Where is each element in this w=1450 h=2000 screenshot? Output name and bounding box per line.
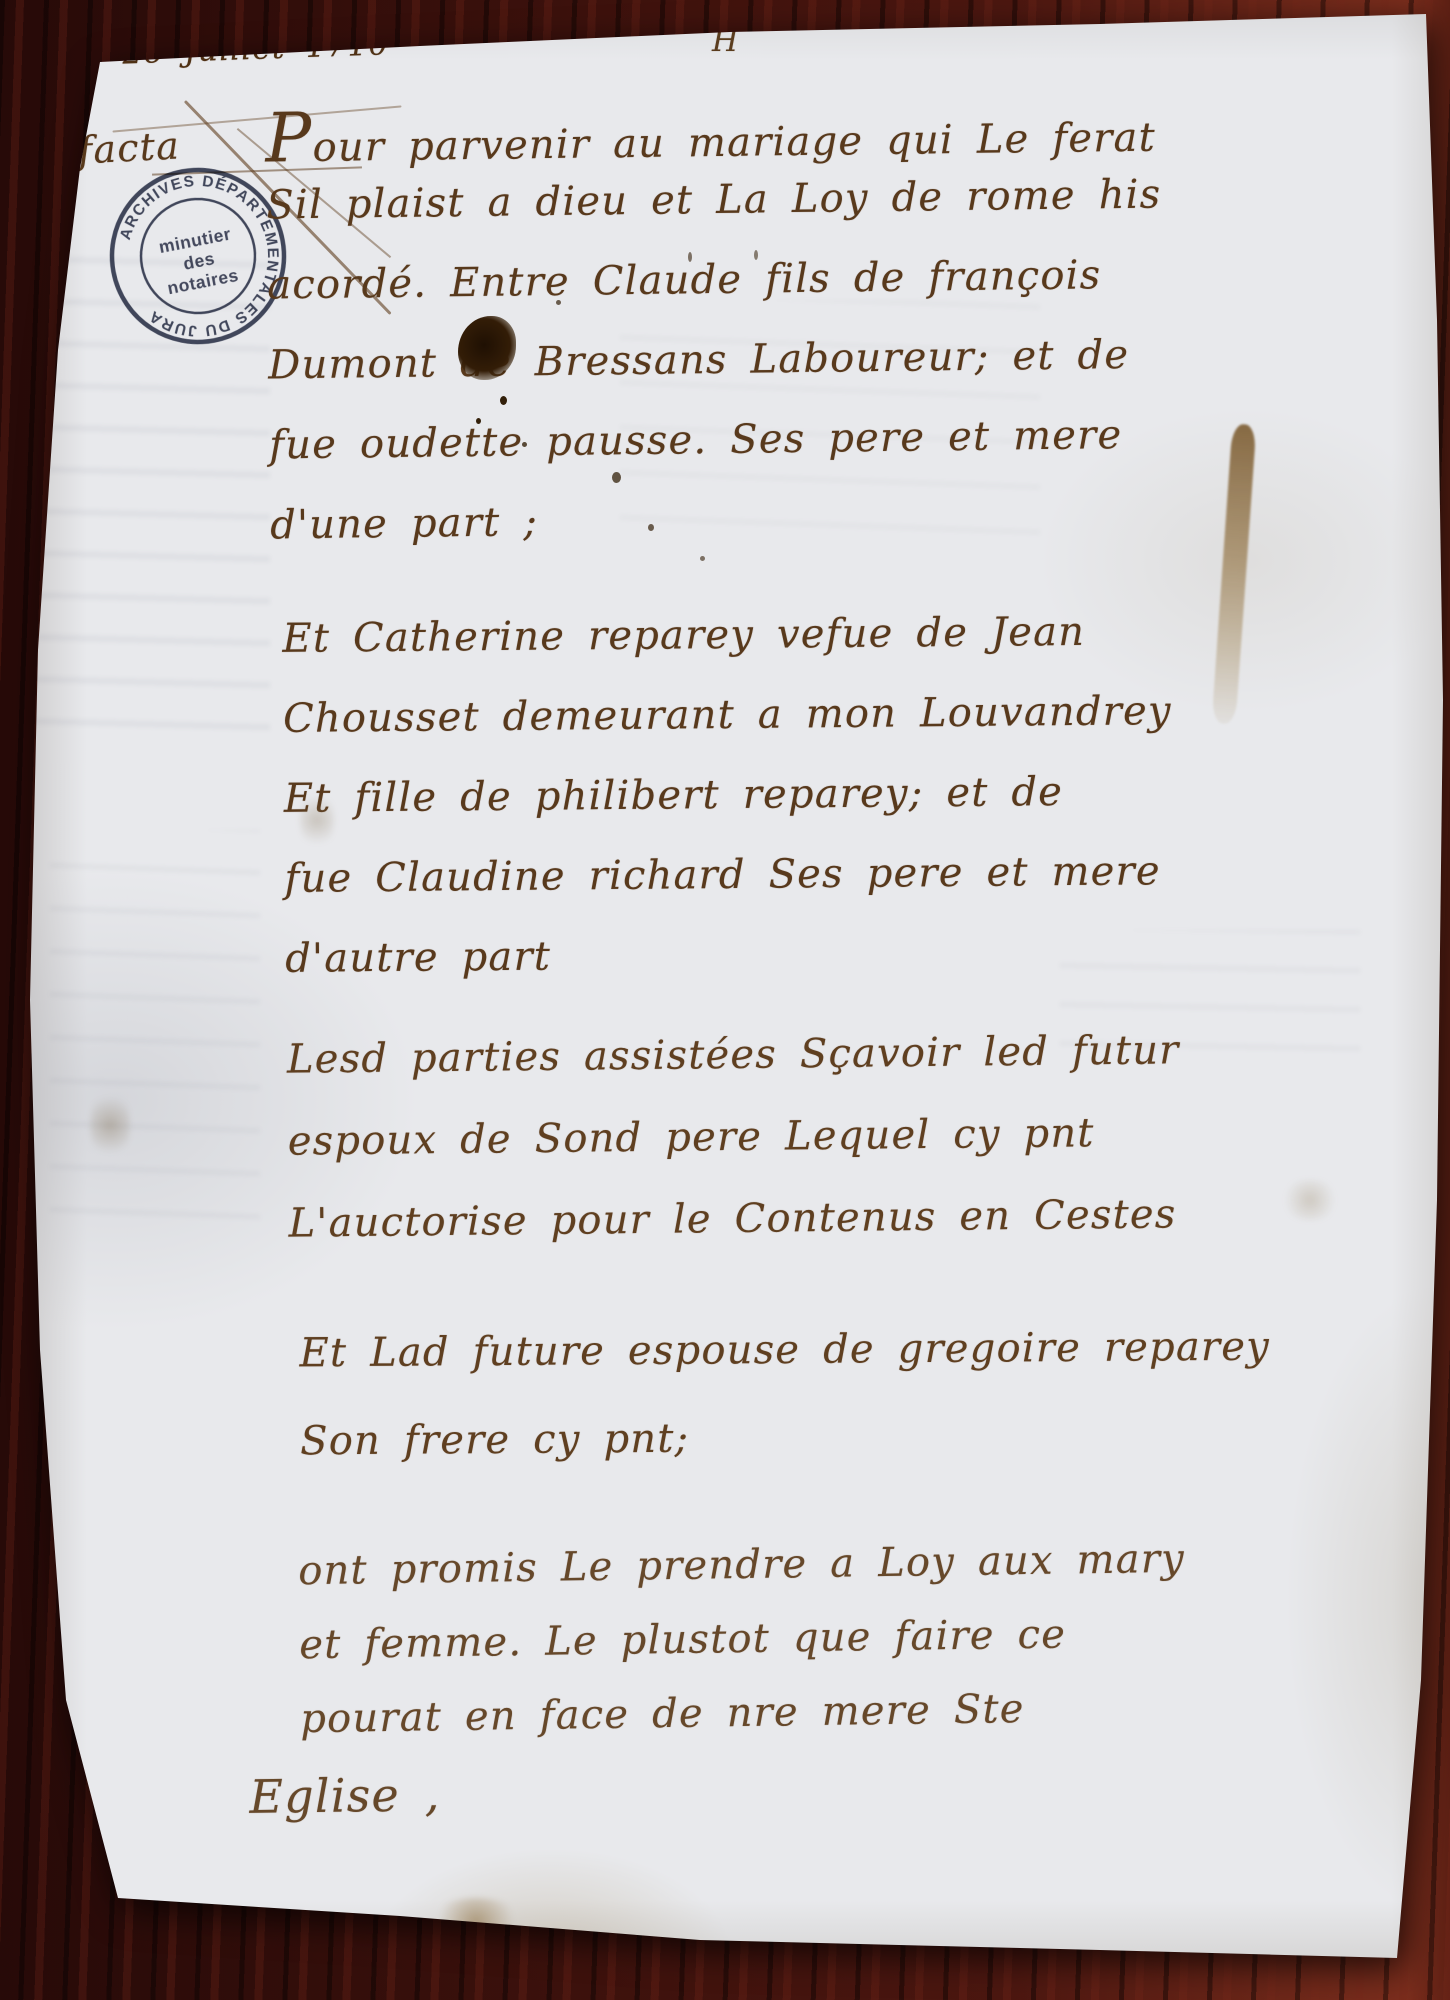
manuscript-line: Et Lad future espouse de gregoire repare… [299, 1327, 1270, 1422]
stamp-center-text: minutier des notaires [157, 224, 241, 299]
manuscript-line: Et Catherine reparey vefue de Jean [282, 611, 1171, 699]
verso-showthrough [50, 830, 260, 1250]
paragraph-assistance: Lesd parties assistées Sçavoir led futur… [287, 1030, 1182, 1285]
paragraph-bride: Et Catherine reparey vefue de Jean Chous… [282, 611, 1174, 1019]
paper-sheet: du 26 Juillet 1710 H facta ARCHIVES DÉPA… [0, 0, 1450, 2000]
manuscript-line: fue oudette pausse. Ses pere et mere [269, 415, 1165, 506]
liquid-drip-stain [1212, 424, 1257, 725]
date-annotation: du 26 Juillet 1710 [59, 26, 389, 73]
manuscript-line: Chousset demeurant a mon Louvandrey [283, 691, 1172, 779]
manuscript-line: Lesd parties assistées Sçavoir led futur [287, 1030, 1180, 1121]
faint-stain [90, 1090, 130, 1160]
manuscript-line: Pour parvenir au mariage qui Le ferat [265, 95, 1161, 186]
manuscript-line: pourat en face de nre mere Ste [300, 1687, 1188, 1773]
manuscript-line: Et fille de philibert reparey; et de [284, 771, 1173, 859]
manuscript-line: acordé. Entre Claude fils de françois [267, 255, 1163, 346]
photo-of-manuscript: du 26 Juillet 1710 H facta ARCHIVES DÉPA… [0, 0, 1450, 2000]
manuscript-line: Son frere cy pnt; [300, 1415, 1271, 1510]
faint-stain [1280, 1180, 1340, 1220]
paper-sheet-wrap: du 26 Juillet 1710 H facta ARCHIVES DÉPA… [0, 0, 1450, 2000]
bottom-stain [515, 1948, 561, 1974]
manuscript-line: d'autre part [285, 931, 1174, 1019]
paragraph-groom: Pour parvenir au mariage qui Le ferat Si… [265, 95, 1166, 586]
manuscript-line: Eglise , [249, 1761, 1189, 1848]
page-mark: H [712, 24, 739, 59]
manuscript-line: fue Claudine richard Ses pere et mere [284, 851, 1173, 939]
paragraph-promise: ont promis Le prendre a Loy aux mary et … [298, 1539, 1189, 1847]
paragraph-bride-brother: Et Lad future espouse de gregoire repare… [299, 1327, 1271, 1510]
manuscript-line: espoux de Sond pere Lequel cy pnt [288, 1112, 1181, 1203]
bottom-stain [428, 1898, 524, 1946]
manuscript-line: d'une part ; [270, 495, 1166, 586]
manuscript-line: L'auctorise pour le Contenus en Cestes [288, 1194, 1181, 1285]
manuscript-line: et femme. Le plustot que faire ce [299, 1613, 1187, 1699]
manuscript-line: Sil plaist a dieu et La Loy de rome his [266, 175, 1162, 266]
manuscript-line: Dumont de Bressans Laboureur; et de [268, 335, 1164, 426]
